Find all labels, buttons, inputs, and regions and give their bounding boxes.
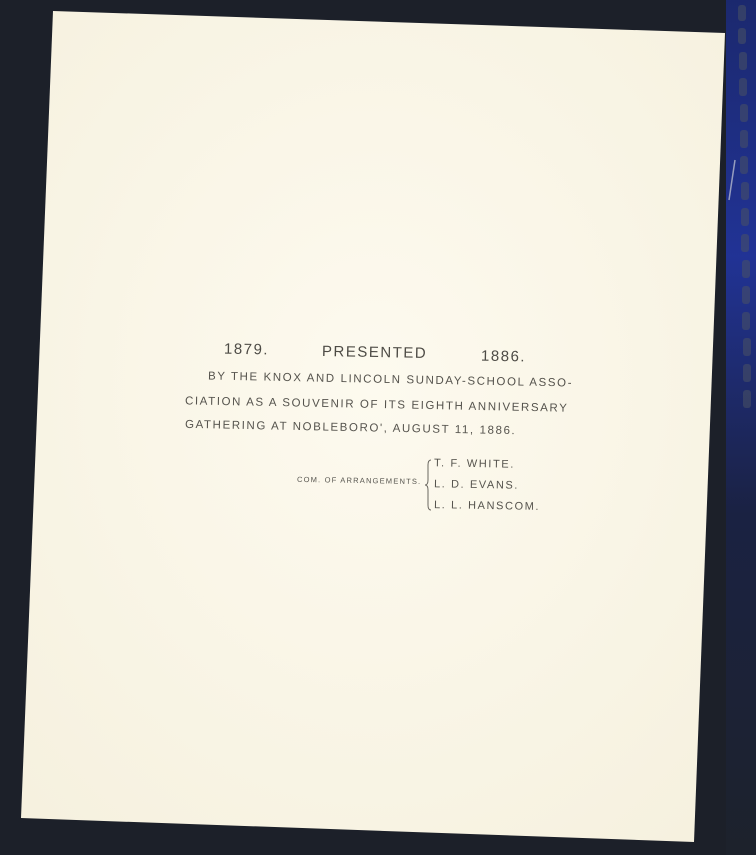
brace-bracket <box>424 458 432 512</box>
committee-member: T. F. White. <box>434 457 515 470</box>
committee-member: L. L. Hanscom. <box>434 499 540 513</box>
film-strip-edge <box>726 0 756 855</box>
year-left: 1879. <box>224 341 269 359</box>
presented-heading: PRESENTED <box>322 343 427 362</box>
committee-member: L. D. Evans. <box>434 478 519 491</box>
year-right: 1886. <box>481 348 526 366</box>
